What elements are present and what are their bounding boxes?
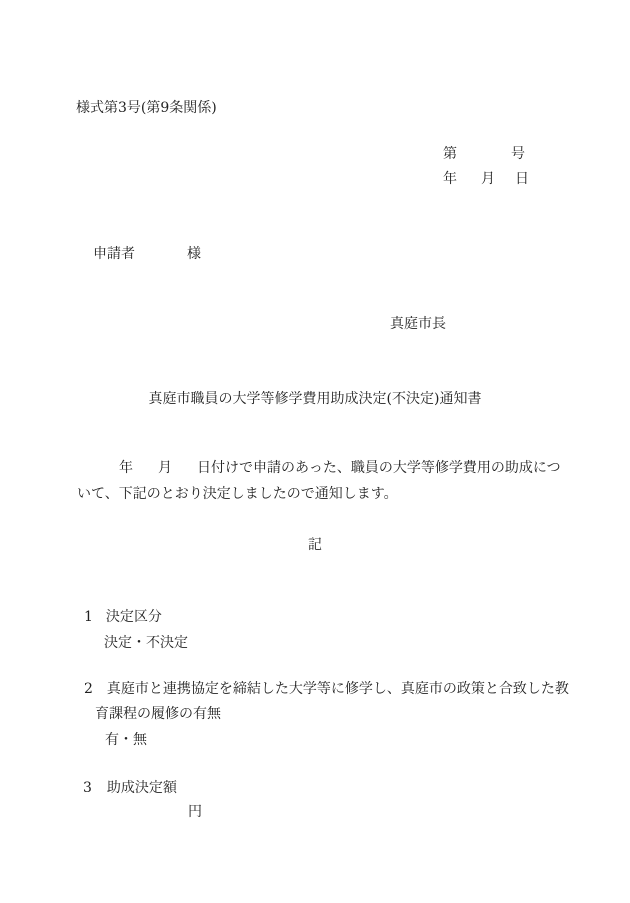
issue-date-year: 年: [443, 171, 457, 187]
section-1-heading: 決定区分: [106, 608, 162, 627]
issue-date-day: 日: [515, 170, 529, 189]
issue-number-line: 第号: [443, 145, 525, 164]
section-3-answer: 円: [188, 803, 202, 822]
body-line1-text: 日付けで申請のあった、職員の大学等修学費用の助成につ: [197, 459, 561, 478]
section-1-number: 1: [84, 609, 93, 625]
issue-date-month: 月: [481, 170, 495, 189]
section-2-answer: 有・無: [105, 731, 147, 750]
section-1-answer: 決定・不決定: [104, 634, 188, 653]
body-paragraph-line1: 年月日付けで申請のあった、職員の大学等修学費用の助成につ: [77, 459, 561, 478]
section-2-heading-part1: 真庭市と連携協定を締結した大学等に修学し、真庭市の政策と合致した教: [107, 680, 569, 699]
issue-date-line: 年月日: [443, 170, 529, 189]
section-3-number: 3: [83, 780, 92, 796]
list-heading: 記: [0, 536, 630, 555]
section-2-heading-line1: 2真庭市と連携協定を締結した大学等に修学し、真庭市の政策と合致した教: [84, 680, 569, 699]
document-title: 真庭市職員の大学等修学費用助成決定(不決定)通知書: [0, 390, 630, 409]
sender-signature: 真庭市長: [390, 315, 446, 334]
section-2-number: 2: [84, 681, 93, 697]
document-page: 様式第3号(第9条関係) 第号 年月日 申請者様 真庭市長 真庭市職員の大学等修…: [0, 0, 630, 903]
issue-number-suffix: 号: [511, 145, 525, 164]
issue-number-prefix: 第: [443, 146, 457, 162]
section-2-heading-part2: 育課程の履修の有無: [95, 705, 221, 724]
recipient-label: 申請者: [93, 246, 135, 262]
section-3-heading: 助成決定額: [107, 779, 177, 798]
body-paragraph-line2: いて、下記のとおり決定しましたので通知します。: [77, 485, 398, 504]
section-1-heading-line: 1決定区分: [84, 608, 162, 627]
body-date-year: 年: [119, 459, 133, 478]
body-date-month: 月: [158, 459, 172, 478]
form-number: 様式第3号(第9条関係): [76, 99, 217, 118]
recipient-honorific: 様: [187, 245, 201, 264]
section-3-heading-line: 3助成決定額: [83, 779, 177, 798]
recipient-line: 申請者様: [93, 245, 201, 264]
